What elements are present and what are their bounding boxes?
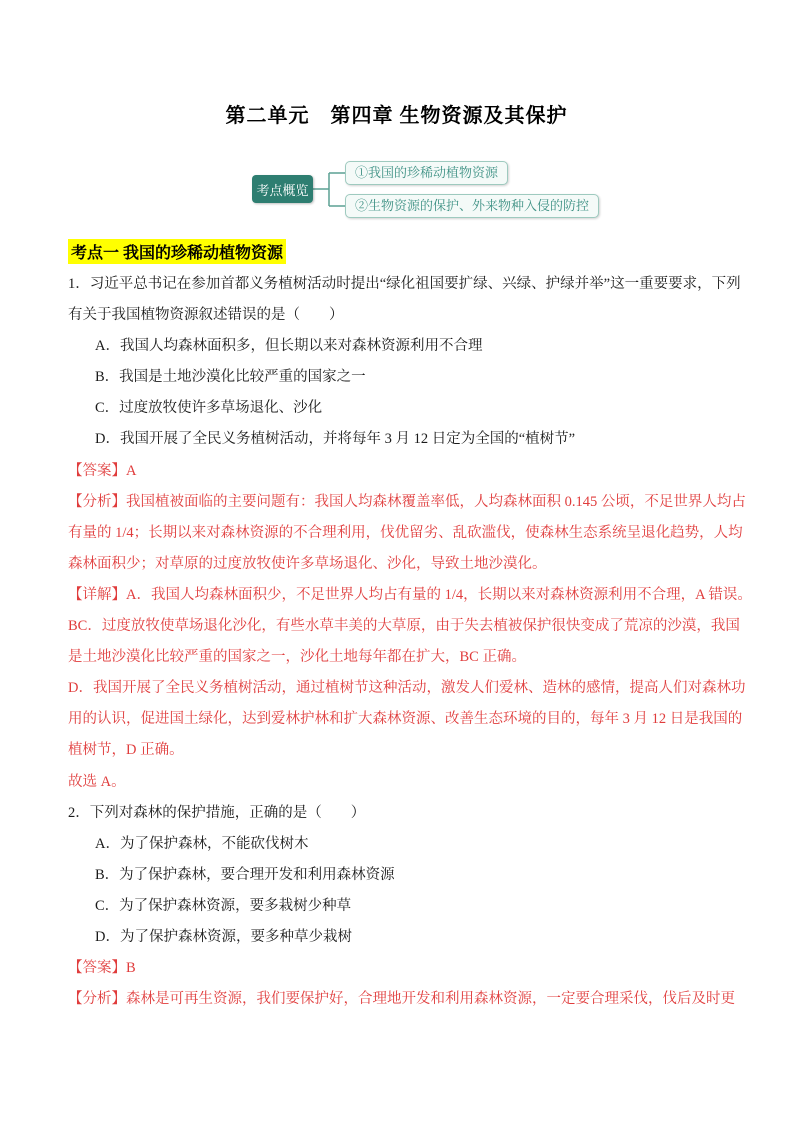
q1-analysis-line-3: 森林面积少；对草原的过度放牧使许多草场退化、沙化，导致土地沙漠化。 — [68, 549, 748, 580]
q2-option-d: D．为了保护森林资源，要多种草少栽树 — [68, 922, 748, 953]
q1-detail-line-2: BC．过度放牧使草场退化沙化，有些水草丰美的大草原，由于失去植被保护很快变成了荒… — [68, 611, 748, 642]
q2-option-b: B．为了保护森林，要合理开发和利用森林资源 — [68, 860, 748, 891]
q1-analysis-line-2: 有量的 1/4；长期以来对森林资源的不合理利用，伐优留劣、乱砍滥伐，使森林生态系… — [68, 518, 748, 549]
document-page: 第二单元 第四章 生物资源及其保护 考点概览 ①我国的珍稀动植物资源 ②生物资源… — [0, 0, 793, 1122]
q1-stem-line-1: 1．习近平总书记在参加首都义务植树活动时提出“绿化祖国要扩绿、兴绿、护绿并举”这… — [68, 269, 748, 300]
q1-stem-line-2: 有关于我国植物资源叙述错误的是（ ） — [68, 300, 748, 331]
q1-detail-line-6: 植树节，D 正确。 — [68, 735, 748, 766]
q2-option-a: A．为了保护森林，不能砍伐树木 — [68, 829, 748, 860]
document-title: 第二单元 第四章 生物资源及其保护 — [0, 99, 793, 128]
concept-map-branch-1: ①我国的珍稀动植物资源 — [345, 161, 508, 185]
q1-option-a: A．我国人均森林面积多，但长期以来对森林资源利用不合理 — [68, 331, 748, 362]
q1-option-b: B．我国是土地沙漠化比较严重的国家之一 — [68, 362, 748, 393]
q1-answer: 【答案】A — [68, 456, 748, 487]
q1-analysis-line-1: 【分析】我国植被面临的主要问题有：我国人均森林覆盖率低，人均森林面积 0.145… — [68, 487, 748, 518]
q1-detail-line-3: 是土地沙漠化比较严重的国家之一，沙化土地每年都在扩大，BC 正确。 — [68, 642, 748, 673]
q2-answer: 【答案】B — [68, 953, 748, 984]
q1-option-c: C．过度放牧使许多草场退化、沙化 — [68, 393, 748, 424]
document-body: 1．习近平总书记在参加首都义务植树活动时提出“绿化祖国要扩绿、兴绿、护绿并举”这… — [68, 269, 748, 1015]
q1-detail-line-5: 用的认识，促进国土绿化，达到爱林护林和扩大森林资源、改善生态环境的目的，每年 3… — [68, 704, 748, 735]
q2-analysis-line-1: 【分析】森林是可再生资源，我们要保护好，合理地开发和利用森林资源，一定要合理采伐… — [68, 984, 748, 1015]
q1-detail-line-1: 【详解】A．我国人均森林面积少，不足世界人均占有量的 1/4，长期以来对森林资源… — [68, 580, 748, 611]
connector-lines-icon — [310, 160, 350, 220]
q1-detail-line-4: D．我国开展了全民义务植树活动，通过植树节这种活动，激发人们爱林、造林的感情，提… — [68, 673, 748, 704]
concept-map-branch-2: ②生物资源的保护、外来物种入侵的防控 — [345, 194, 599, 218]
concept-map-root: 考点概览 — [252, 175, 313, 203]
section-heading-kaodian-1: 考点一 我国的珍稀动植物资源 — [68, 239, 286, 264]
q1-option-d: D．我国开展了全民义务植树活动，并将每年 3 月 12 日定为全国的“植树节” — [68, 424, 748, 455]
q2-stem: 2．下列对森林的保护措施，正确的是（ ） — [68, 798, 748, 829]
q1-conclusion: 故选 A。 — [68, 767, 748, 798]
q2-option-c: C．为了保护森林资源，要多栽树少种草 — [68, 891, 748, 922]
